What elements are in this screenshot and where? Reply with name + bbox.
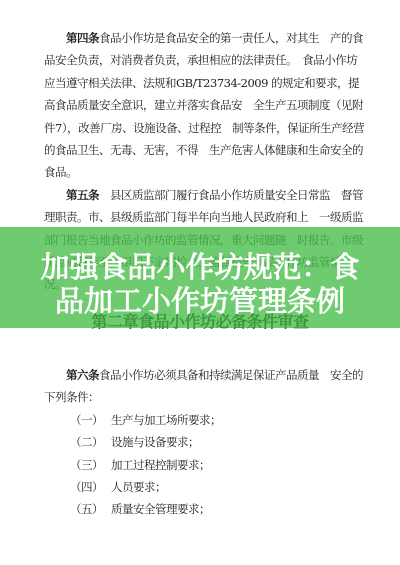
- list-item-marker: （一）: [70, 413, 103, 427]
- doc-paragraphs-bottom: 第六条食品小作坊必须具备和持续满足保证产品质量 安全的下列条件：（一）生产与加工…: [44, 364, 364, 521]
- doc-line: 应当遵守相关法律、法规和GB/T23734-2009 的规定和要求，提: [44, 72, 364, 94]
- doc-line: 高食品质量安全意识，建立并落实食品安 全生产五项制度（见附: [44, 94, 364, 116]
- list-item-text: 加工过程控制要求；: [111, 458, 210, 472]
- condition-list-item: （五）质量安全管理要求；: [44, 498, 364, 520]
- article-title-overlay[interactable]: 加强食品小作坊规范：食 品加工小作坊管理条例: [0, 250, 400, 318]
- condition-list-item: （四）人员要求；: [44, 476, 364, 498]
- doc-line: 品安全负责，对消费者负责，承担相应的法律责任。 食品小作坊: [44, 49, 364, 71]
- document-page: 第四条食品小作坊是食品安全的第一责任人，对其生 产的食品安全负责，对消费者负责，…: [0, 0, 400, 565]
- article-number: 第六条: [66, 368, 99, 382]
- doc-line: 第四条食品小作坊是食品安全的第一责任人，对其生 产的食: [44, 27, 364, 49]
- article-number: 第五条: [66, 188, 99, 202]
- doc-line: 的食品卫生、无毒、无害，不得 生产危害人体健康和生命安全的: [44, 139, 364, 161]
- list-item-marker: （二）: [70, 435, 103, 449]
- article-number: 第四条: [66, 31, 99, 45]
- doc-line: 下列条件：: [44, 386, 364, 408]
- doc-line: 食品。: [44, 161, 364, 183]
- article-title-line-1[interactable]: 加强食品小作坊规范：食: [0, 250, 400, 284]
- list-item-marker: （四）: [70, 480, 103, 494]
- list-item-marker: （五）: [70, 502, 103, 516]
- list-item-text: 质量安全管理要求；: [111, 502, 210, 516]
- list-item-text: 设施与设备要求；: [111, 435, 199, 449]
- condition-list-item: （三）加工过程控制要求；: [44, 454, 364, 476]
- doc-line: 件7），改善厂房、设施设备、过程控 制等条件，保证所生产经营: [44, 117, 364, 139]
- list-item-text: 生产与加工场所要求；: [111, 413, 221, 427]
- condition-list-item: （一）生产与加工场所要求；: [44, 409, 364, 431]
- doc-line: 第六条食品小作坊必须具备和持续满足保证产品质量 安全的: [44, 364, 364, 386]
- doc-line: 理职责。市、县级质监部门每半年向当地人民政府和上 一级质监: [44, 206, 364, 228]
- doc-line: 第五条 县区质监部门履行食品小作坊质量安全日常监 督管: [44, 184, 364, 206]
- list-item-marker: （三）: [70, 458, 103, 472]
- condition-list-item: （二）设施与设备要求；: [44, 431, 364, 453]
- list-item-text: 人员要求；: [111, 480, 166, 494]
- article-title-line-2[interactable]: 品加工小作坊管理条例: [0, 284, 400, 318]
